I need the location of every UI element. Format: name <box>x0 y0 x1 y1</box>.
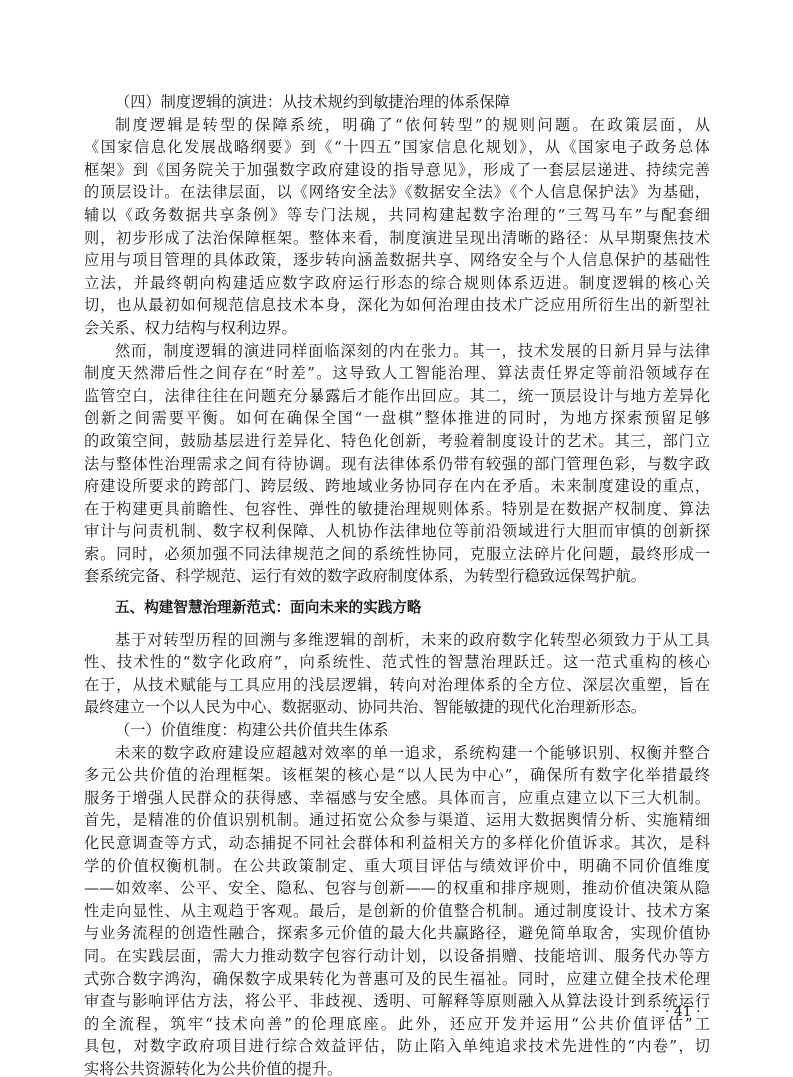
paragraph: 基于对转型历程的回溯与多维逻辑的剖析，未来的政府数字化转型必须致力于从工具 性、… <box>84 629 710 719</box>
text-line: 套系统完备、科学规范、运行有效的数字政府制度体系，为转型行稳致远保驾护航。 <box>84 565 710 588</box>
subsection-heading: （四）制度逻辑的演进：从技术规约到敏捷治理的体系保障 <box>84 91 710 114</box>
text-line: 切，也从最初如何规范信息技术本身，深化为如何治理由技术广泛应用所衍生出的新型社 <box>84 294 710 317</box>
text-line: 创新之间需要平衡。如何在确保全国“一盘棋”整体推进的同时，为地方探索预留足够 <box>84 407 710 430</box>
text-line: 多元公共价值的治理框架。该框架的核心是“以人民为中心”，确保所有数字化举措最终 <box>84 764 710 787</box>
text-line: 性走向显性、从主观趋于客观。最后，是创新的价值整合机制。通过制度设计、技术方案 <box>84 900 710 923</box>
text-line: 在于，从技术赋能与工具应用的浅层逻辑，转向对治理体系的全方位、深层次重塑，旨在 <box>84 674 710 697</box>
text-line: 学的价值权衡机制。在公共政策制定、重大项目评估与绩效评价中，明确不同价值维度 <box>84 855 710 878</box>
text-line: 审计与问责机制、数字权利保障、人机协作法律地位等前沿领域进行大胆而审慎的创新探 <box>84 520 710 543</box>
text-line: 监管空白，法律往往在问题充分暴露后才能作出回应。其二，统一顶层设计与地方差异化 <box>84 385 710 408</box>
text-line: 辅以《政务数据共享条例》等专门法规，共同构建起数字治理的“三驾马车”与配套细 <box>84 204 710 227</box>
text-line: 立法，并最终朝向构建适应数字政府运行形态的综合规则体系迈进。制度逻辑的核心关 <box>84 272 710 295</box>
subsection-heading: （一）价值维度：构建公共价值共生体系 <box>84 719 710 742</box>
text-line: 应用与项目管理的具体政策，逐步转向涵盖数据共享、网络安全与个人信息保护的基础性 <box>84 249 710 272</box>
text-line: 基于对转型历程的回溯与多维逻辑的剖析，未来的政府数字化转型必须致力于从工具 <box>84 629 710 652</box>
text-line: 的政策空间，鼓励基层进行差异化、特色化创新，考验着制度设计的艺术。其三，部门立 <box>84 430 710 453</box>
text-line: 同。在实践层面，需大力推动数字包容行动计划，以设备捐赠、技能培训、服务代办等方 <box>84 945 710 968</box>
text-line: 法与整体性治理需求之间有待协调。现有法律体系仍带有较强的部门管理色彩，与数字政 <box>84 453 710 476</box>
text-line: 制度逻辑是转型的保障系统，明确了“依何转型”的规则问题。在政策层面，从 <box>84 114 710 137</box>
text-line: 制度天然滞后性之间存在“时差”。这导致人工智能治理、算法责任界定等前沿领域存在 <box>84 362 710 385</box>
text-line: 的全流程，筑牢“技术向善”的伦理底座。此外，还应开发并运用“公共价值评估”工 <box>84 1013 710 1036</box>
text-line: 会关系、权力结构与权利边界。 <box>84 317 710 340</box>
paragraph: 未来的数字政府建设应超越对效率的单一追求，系统构建一个能够识别、权衡并整合 多元… <box>84 742 710 1077</box>
text-line: 式弥合数字鸿沟，确保数字成果转化为普惠可及的民生福祉。同时，应建立健全技术伦理 <box>84 968 710 991</box>
text-line: 与业务流程的创造性融合，探索多元价值的最大化共赢路径，避免简单取舍，实现价值协 <box>84 922 710 945</box>
document-page: （四）制度逻辑的演进：从技术规约到敏捷治理的体系保障 制度逻辑是转型的保障系统，… <box>84 91 710 1077</box>
text-line: 性、技术性的“数字化政府”，向系统性、范式性的智慧治理跃迁。这一范式重构的核心 <box>84 651 710 674</box>
text-line: 府建设所要求的跨部门、跨层级、跨地域业务协同存在内在矛盾。未来制度建设的重点， <box>84 475 710 498</box>
text-line: ——如效率、公平、安全、隐私、包容与创新——的权重和排序规则，推动价值决策从隐 <box>84 877 710 900</box>
section-heading: 五、构建智慧治理新范式：面向未来的实践方略 <box>84 597 710 620</box>
text-line: 化民意调查等方式，动态捕捉不同社会群体和利益相关方的多样化价值诉求。其次，是科 <box>84 832 710 855</box>
text-line: 然而，制度逻辑的演进同样面临深刻的内在张力。其一，技术发展的日新月异与法律 <box>84 340 710 363</box>
text-line: 未来的数字政府建设应超越对效率的单一追求，系统构建一个能够识别、权衡并整合 <box>84 742 710 765</box>
text-line: 最终建立一个以人民为中心、数据驱动、协同共治、智能敏捷的现代化治理新形态。 <box>84 696 710 719</box>
text-line: 索。同时，必须加强不同法律规范之间的系统性协同，克服立法碎片化问题，最终形成一 <box>84 543 710 566</box>
text-line: 服务于增强人民群众的获得感、幸福感与安全感。具体而言，应重点建立以下三大机制。 <box>84 787 710 810</box>
text-line: 实将公共资源转化为公共价值的提升。 <box>84 1058 710 1077</box>
text-line: 审查与影响评估方法，将公平、非歧视、透明、可解释等原则融入从算法设计到系统运行 <box>84 990 710 1013</box>
text-line: 在于构建更具前瞻性、包容性、弹性的敏捷治理规则体系。特别是在数据产权制度、算法 <box>84 498 710 521</box>
page-number: · 41 · <box>665 1002 701 1022</box>
paragraph: 制度逻辑是转型的保障系统，明确了“依何转型”的规则问题。在政策层面，从 《国家信… <box>84 114 710 340</box>
text-line: 首先，是精准的价值识别机制。通过拓宽公众参与渠道、运用大数据舆情分析、实施精细 <box>84 809 710 832</box>
text-line: 具包，对数字政府项目进行综合效益评估，防止陷入单纯追求技术先进性的“内卷”，切 <box>84 1035 710 1058</box>
paragraph: 然而，制度逻辑的演进同样面临深刻的内在张力。其一，技术发展的日新月异与法律 制度… <box>84 340 710 589</box>
text-line: 《国家信息化发展战略纲要》到《“十四五”国家信息化规划》，从《国家电子政务总体 <box>84 136 710 159</box>
text-line: 则，初步形成了法治保障框架。整体来看，制度演进呈现出清晰的路径：从早期聚焦技术 <box>84 227 710 250</box>
text-line: 框架》到《国务院关于加强数字政府建设的指导意见》，形成了一套层层递进、持续完善 <box>84 159 710 182</box>
text-line: 的顶层设计。在法律层面，以《网络安全法》《数据安全法》《个人信息保护法》为基础， <box>84 181 710 204</box>
